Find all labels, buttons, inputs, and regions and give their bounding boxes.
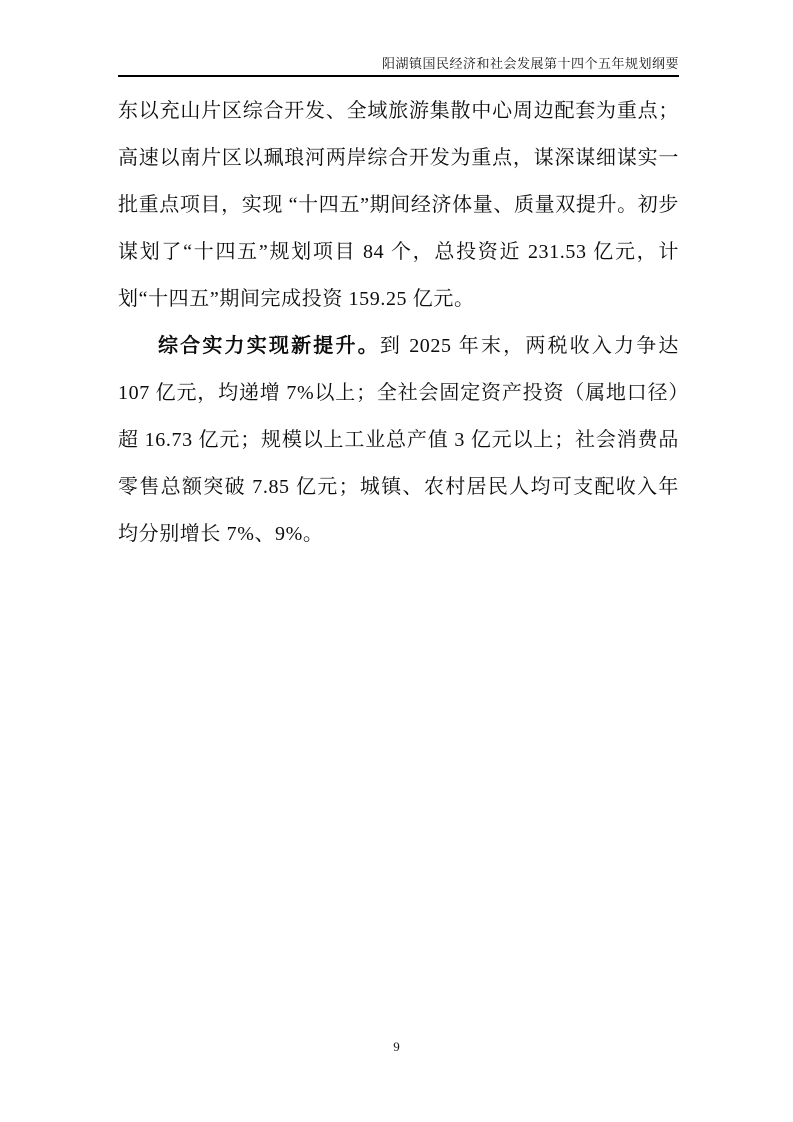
page-number: 9: [393, 1039, 400, 1054]
paragraph-economic-development: 东以充山片区综合开发、全域旅游集散中心周边配套为重点；高速以南片区以珮琅河两岸综…: [118, 88, 679, 323]
header-title: 阳湖镇国民经济和社会发展第十四个五年规划纲要: [118, 0, 679, 72]
document-page: 阳湖镇国民经济和社会发展第十四个五年规划纲要 东以充山片区综合开发、全域旅游集散…: [0, 0, 793, 1122]
page-header: 阳湖镇国民经济和社会发展第十四个五年规划纲要: [118, 0, 679, 77]
paragraph-rest-text: 到 2025 年末，两税收入力争达 107 亿元，均递增 7%以上；全社会固定资…: [118, 335, 679, 545]
paragraph-lead-bold: 综合实力实现新提升。: [158, 335, 380, 357]
header-rule-divider: [118, 75, 679, 77]
page-footer: 9: [0, 1038, 793, 1056]
document-body: 东以充山片区综合开发、全域旅游集散中心周边配套为重点；高速以南片区以珮琅河两岸综…: [118, 88, 679, 558]
paragraph-comprehensive-strength: 综合实力实现新提升。到 2025 年末，两税收入力争达 107 亿元，均递增 7…: [118, 323, 679, 558]
